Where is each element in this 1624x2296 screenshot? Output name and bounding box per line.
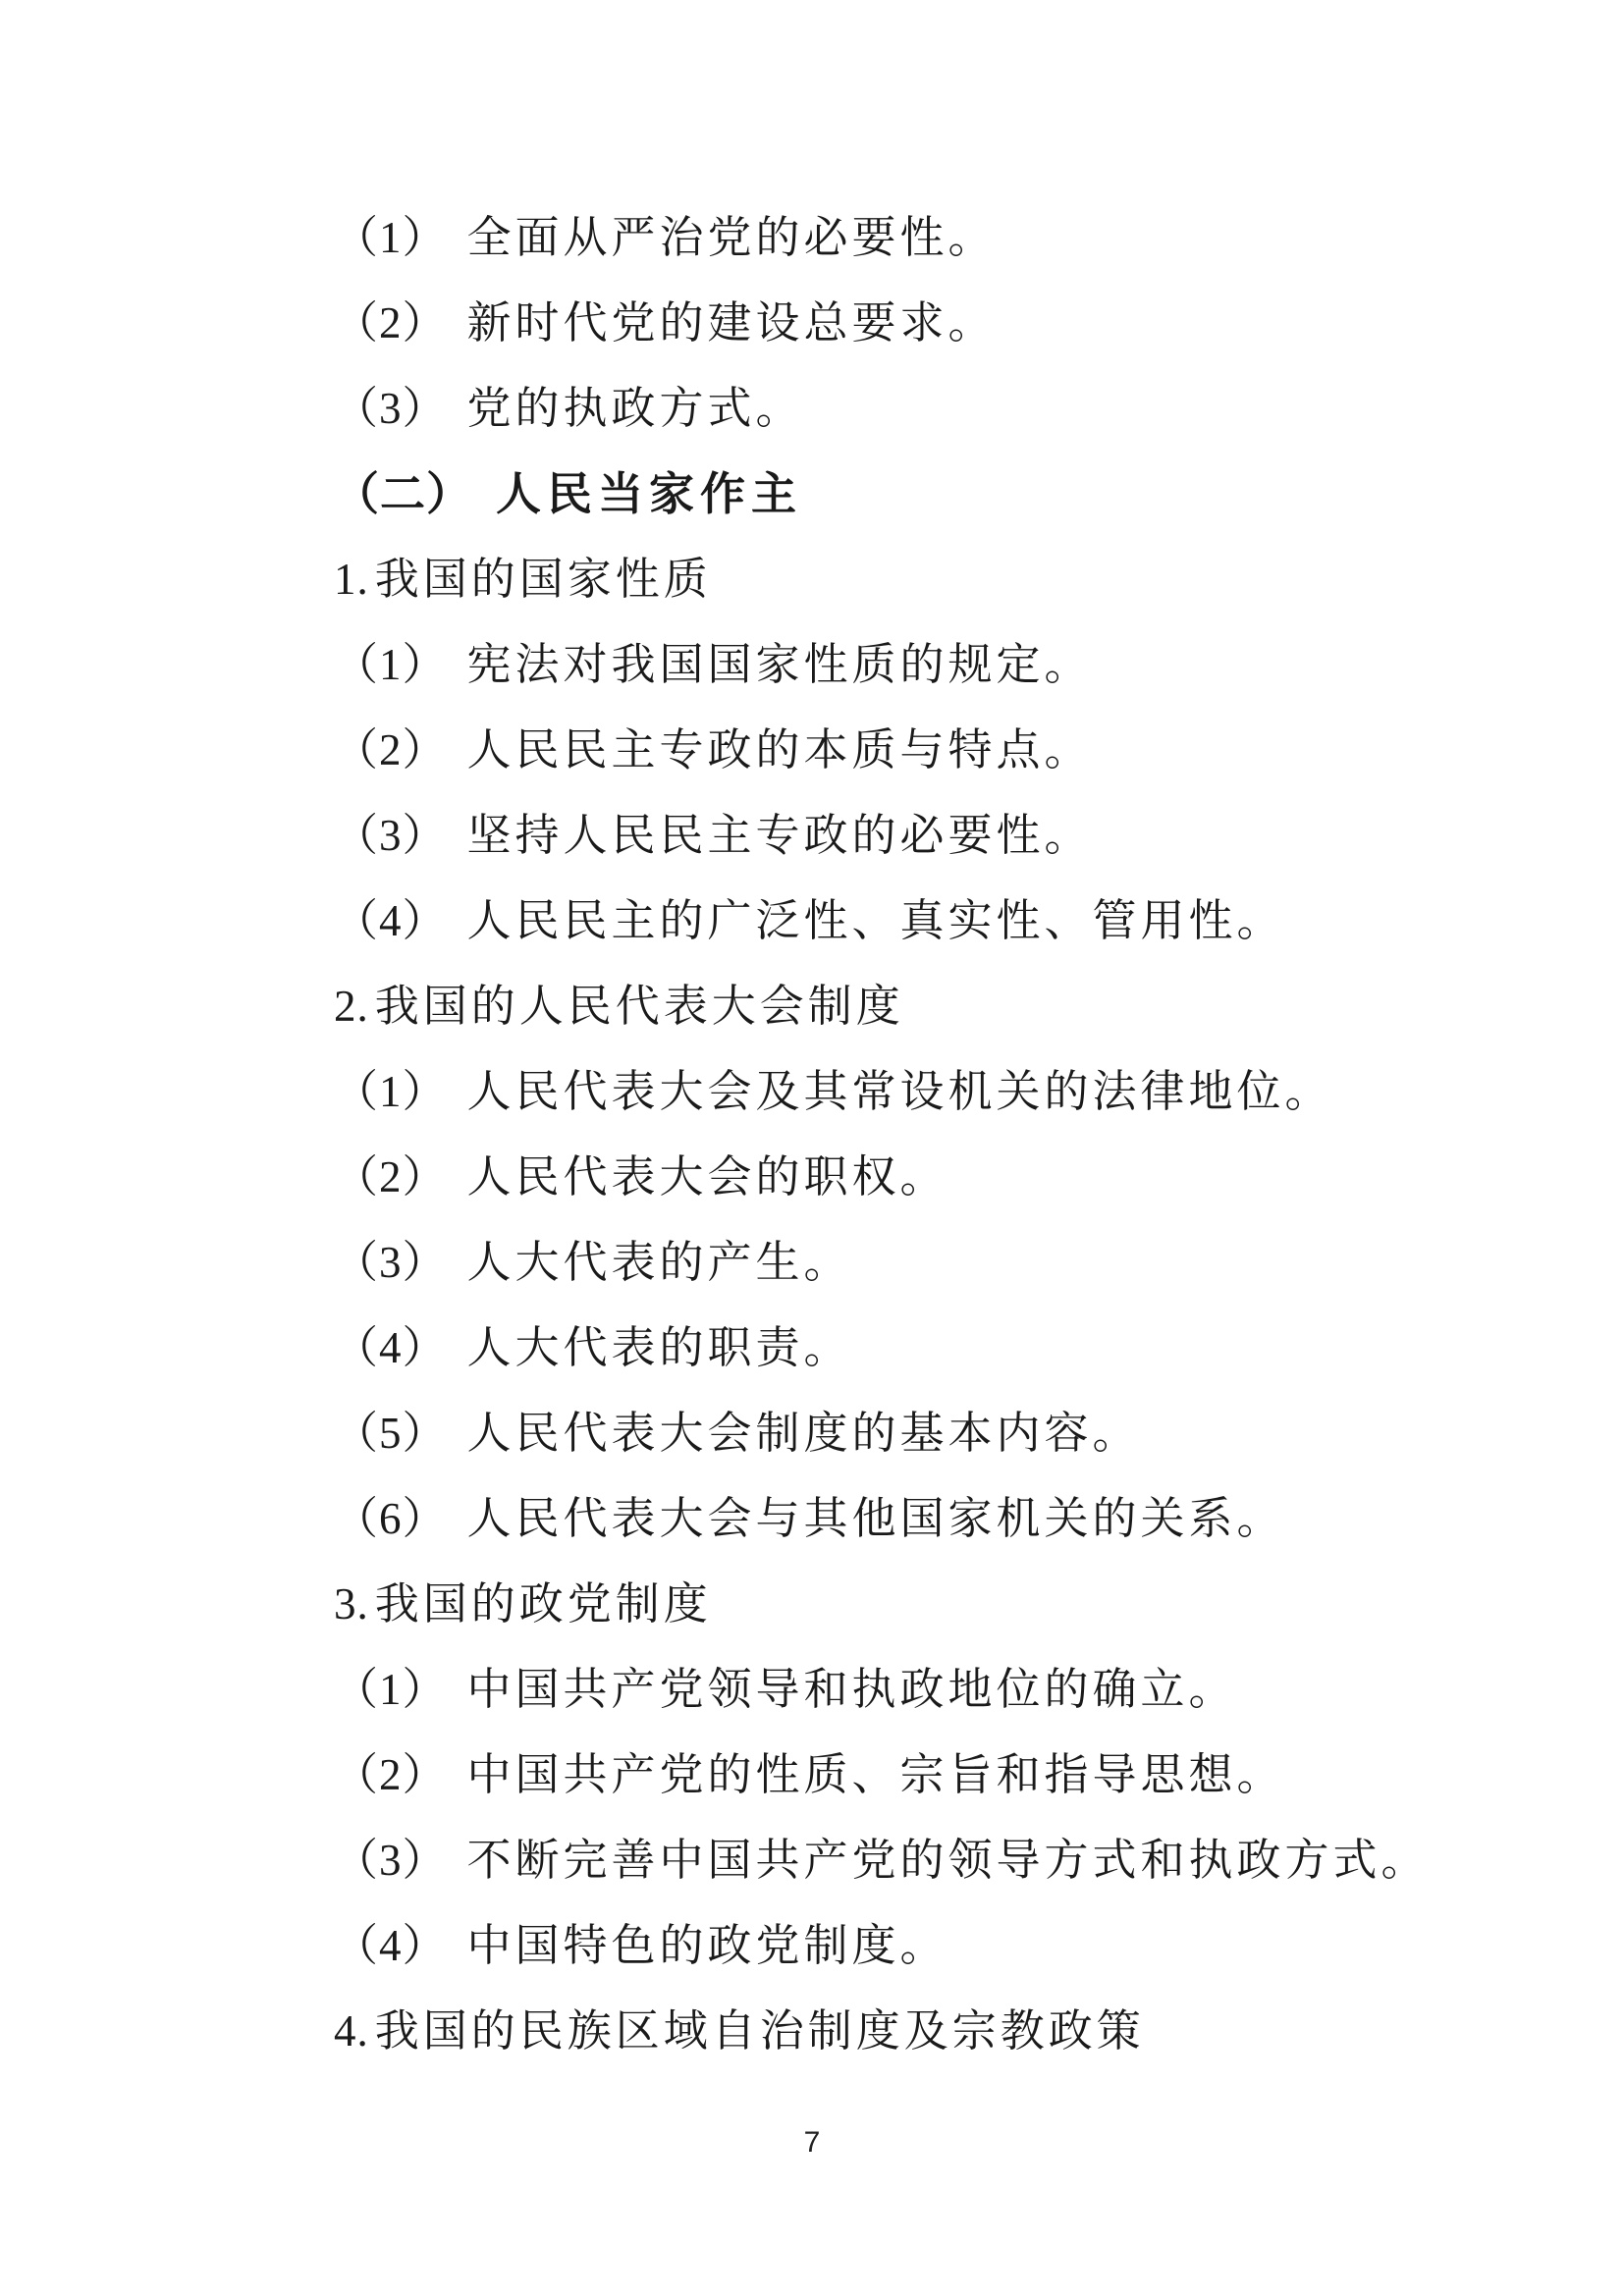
outline-item-line: （1）全面从严治党的必要性。 (334, 195, 1506, 281)
item-text: 宪法对我国国家性质的规定。 (467, 643, 1093, 687)
topic-line: 2.我国的人民代表大会制度 (334, 964, 1506, 1049)
outline-item-line: （4）中国特色的政党制度。 (334, 1903, 1506, 1989)
outline-item-line: （3）不断完善中国共产党的领导方式和执政方式。 (334, 1818, 1506, 1903)
topic-number-label: 1. (334, 558, 369, 602)
item-text: 中国共产党领导和执政地位的确立。 (467, 1668, 1237, 1712)
item-number-label: （2） (334, 1155, 448, 1200)
item-number-label: （3） (334, 387, 448, 431)
item-text: 人民代表大会的职权。 (467, 1155, 948, 1200)
item-text: 人大代表的产生。 (467, 1241, 852, 1285)
outline-item-line: （2）新时代党的建设总要求。 (334, 281, 1506, 366)
item-number-label: （1） (334, 643, 448, 687)
item-number-label: （1） (334, 1070, 448, 1114)
item-number-label: （4） (334, 1326, 448, 1370)
topic-line: 3.我国的政党制度 (334, 1562, 1506, 1647)
topic-text: 我国的人民代表大会制度 (375, 985, 904, 1029)
outline-item-line: （1）中国共产党领导和执政地位的确立。 (334, 1647, 1506, 1733)
outline-content: （1）全面从严治党的必要性。 （2）新时代党的建设总要求。 （3）党的执政方式。… (334, 195, 1506, 2074)
outline-item-line: （1）宪法对我国国家性质的规定。 (334, 622, 1506, 708)
outline-item-line: （4）人民民主的广泛性、真实性、管用性。 (334, 879, 1506, 964)
item-number-label: （6） (334, 1497, 448, 1541)
item-number-label: （4） (334, 1924, 448, 1968)
outline-item-line: （2）人民民主专政的本质与特点。 (334, 708, 1506, 793)
outline-item-line: （2）中国共产党的性质、宗旨和指导思想。 (334, 1733, 1506, 1818)
outline-item-line: （6）人民代表大会与其他国家机关的关系。 (334, 1476, 1506, 1562)
section-heading-text: 人民当家作主 (496, 472, 802, 517)
section-number-label: （二） (334, 472, 472, 517)
item-number-label: （1） (334, 1668, 448, 1712)
topic-text: 我国的民族区域自治制度及宗教政策 (375, 2009, 1145, 2054)
topic-number-label: 2. (334, 985, 369, 1029)
page-number: 7 (0, 2124, 1624, 2162)
item-number-label: （1） (334, 216, 448, 260)
outline-item-line: （3）坚持人民民主专政的必要性。 (334, 793, 1506, 879)
outline-item-line: （3）人大代表的产生。 (334, 1220, 1506, 1306)
topic-line: 1.我国的国家性质 (334, 537, 1506, 622)
item-number-label: （3） (334, 1241, 448, 1285)
item-text: 人大代表的职责。 (467, 1326, 852, 1370)
item-text: 人民民主的广泛性、真实性、管用性。 (467, 899, 1285, 943)
item-text: 新时代党的建设总要求。 (467, 301, 997, 346)
item-text: 人民代表大会与其他国家机关的关系。 (467, 1497, 1285, 1541)
item-text: 全面从严治党的必要性。 (467, 216, 997, 260)
item-text: 中国共产党的性质、宗旨和指导思想。 (467, 1753, 1285, 1797)
item-text: 人民代表大会及其常设机关的法律地位。 (467, 1070, 1333, 1114)
item-text: 人民民主专政的本质与特点。 (467, 728, 1093, 773)
item-text: 中国特色的政党制度。 (467, 1924, 948, 1968)
item-number-label: （2） (334, 301, 448, 346)
item-text: 党的执政方式。 (467, 387, 804, 431)
item-number-label: （3） (334, 814, 448, 858)
outline-item-line: （3）党的执政方式。 (334, 366, 1506, 452)
topic-text: 我国的政党制度 (375, 1582, 712, 1627)
item-text: 人民代表大会制度的基本内容。 (467, 1412, 1141, 1456)
topic-line: 4.我国的民族区域自治制度及宗教政策 (334, 1989, 1506, 2074)
outline-item-line: （1）人民代表大会及其常设机关的法律地位。 (334, 1049, 1506, 1135)
section-heading: （二）人民当家作主 (334, 452, 1506, 537)
outline-item-line: （4）人大代表的职责。 (334, 1306, 1506, 1391)
item-text: 不断完善中国共产党的领导方式和执政方式。 (467, 1839, 1430, 1883)
outline-item-line: （2）人民代表大会的职权。 (334, 1135, 1506, 1220)
document-page: （1）全面从严治党的必要性。 （2）新时代党的建设总要求。 （3）党的执政方式。… (0, 0, 1624, 2296)
item-text: 坚持人民民主专政的必要性。 (467, 814, 1093, 858)
item-number-label: （5） (334, 1412, 448, 1456)
topic-number-label: 3. (334, 1582, 369, 1627)
item-number-label: （2） (334, 1753, 448, 1797)
topic-text: 我国的国家性质 (375, 558, 712, 602)
item-number-label: （2） (334, 728, 448, 773)
item-number-label: （4） (334, 899, 448, 943)
item-number-label: （3） (334, 1839, 448, 1883)
outline-item-line: （5）人民代表大会制度的基本内容。 (334, 1391, 1506, 1476)
topic-number-label: 4. (334, 2009, 369, 2054)
